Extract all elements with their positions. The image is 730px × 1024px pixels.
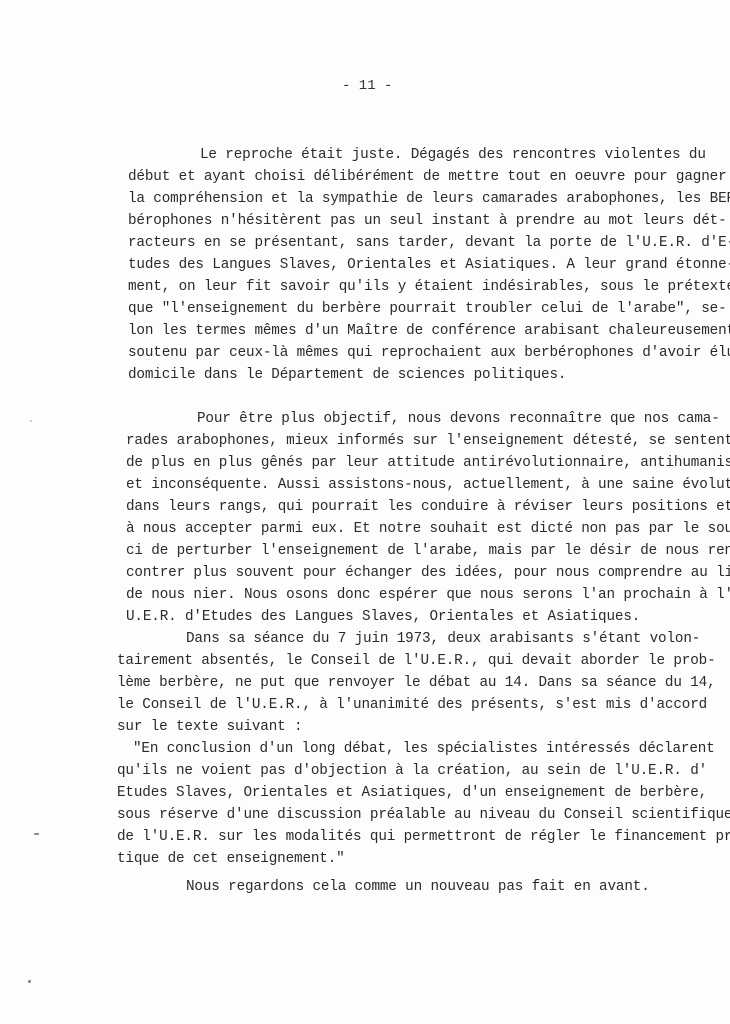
text-line: Etudes Slaves, Orientales et Asiatiques,… <box>117 783 707 803</box>
document-page: - 11 - Le reproche était juste. Dégagés … <box>0 0 730 1024</box>
text-line: de plus en plus gênés par leur attitude … <box>126 453 730 473</box>
text-line: contrer plus souvent pour échanger des i… <box>126 563 730 583</box>
text-line: U.E.R. d'Etudes des Langues Slaves, Orie… <box>126 607 640 627</box>
text-line: Pour être plus objectif, nous devons rec… <box>197 409 720 429</box>
page-number: - 11 - <box>342 78 392 94</box>
text-line: tudes des Langues Slaves, Orientales et … <box>128 255 730 275</box>
text-line: lème berbère, ne put que renvoyer le déb… <box>117 673 716 693</box>
text-line: de nous nier. Nous osons donc espérer qu… <box>126 585 730 605</box>
text-line: Dans sa séance du 7 juin 1973, deux arab… <box>186 629 700 649</box>
text-line: soutenu par ceux-là mêmes qui reprochaie… <box>128 343 730 363</box>
text-line: le Conseil de l'U.E.R., à l'unanimité de… <box>117 695 707 715</box>
text-line: domicile dans le Département de sciences… <box>128 365 566 385</box>
text-line: dans leurs rangs, qui pourrait les condu… <box>126 497 730 517</box>
text-line: Le reproche était juste. Dégagés des ren… <box>200 145 706 165</box>
text-line: "En conclusion d'un long débat, les spéc… <box>133 739 715 759</box>
text-line: racteurs en se présentant, sans tarder, … <box>128 233 730 253</box>
text-line: ci de perturber l'enseignement de l'arab… <box>126 541 730 561</box>
text-line: début et ayant choisi délibérément de me… <box>128 167 727 187</box>
text-line: que "l'enseignement du berbère pourrait … <box>128 299 727 319</box>
text-line: à nous accepter parmi eux. Et notre souh… <box>126 519 730 539</box>
text-line: sur le texte suivant : <box>117 717 302 737</box>
text-line: lon les termes mêmes d'un Maître de conf… <box>128 321 730 341</box>
text-line: sous réserve d'une discussion préalable … <box>117 805 730 825</box>
text-line: et inconséquente. Aussi assistons-nous, … <box>126 475 730 495</box>
text-line: qu'ils ne voient pas d'objection à la cr… <box>117 761 707 781</box>
text-line: la compréhension et la sympathie de leur… <box>128 189 730 209</box>
scan-speck <box>34 833 39 835</box>
text-line: de l'U.E.R. sur les modalités qui permet… <box>117 827 730 847</box>
text-line: Nous regardons cela comme un nouveau pas… <box>186 877 650 897</box>
text-line: bérophones n'hésitèrent pas un seul inst… <box>128 211 727 231</box>
text-line: tairement absentés, le Conseil de l'U.E.… <box>117 651 716 671</box>
scan-speck <box>30 420 32 422</box>
text-line: rades arabophones, mieux informés sur l'… <box>126 431 730 451</box>
text-line: tique de cet enseignement." <box>117 849 345 869</box>
text-line: ment, on leur fit savoir qu'ils y étaien… <box>128 277 730 297</box>
scan-speck <box>28 980 31 983</box>
